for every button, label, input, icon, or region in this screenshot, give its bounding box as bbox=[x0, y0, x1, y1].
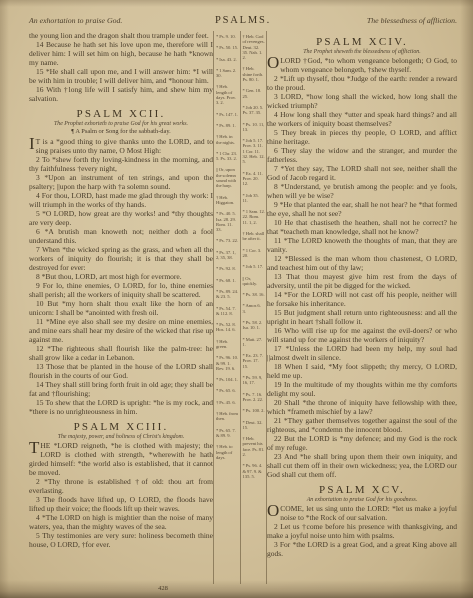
verse: 3 LORD, *how long shall the wicked, how … bbox=[267, 92, 457, 110]
verse: 16 With †long life will I satisfy him, a… bbox=[29, 85, 213, 103]
verse: 12 *The righteous shall flourish like th… bbox=[29, 344, 213, 362]
verse: 8 *Understand, ye brutish among the peop… bbox=[267, 182, 457, 200]
verse-text: COME, let us sing unto the LORD: *let us… bbox=[280, 504, 457, 522]
margin-note: * Ps. 52. 8. Hos. 14. 6. bbox=[216, 322, 239, 333]
margin-note: † Heb. prevent his face. Ps. 81. 2. bbox=[243, 436, 266, 457]
verse: 10 He that chastiseth the heathen, shall… bbox=[267, 218, 457, 236]
verse: 10 But *my horn shalt thou exalt like th… bbox=[29, 299, 213, 317]
verse: 6 They slay the widow and the stranger, … bbox=[267, 146, 457, 164]
verse: 2 *Thy throne is established †of old: th… bbox=[29, 477, 213, 495]
left-column: the young lion and the dragon shalt thou… bbox=[29, 31, 213, 584]
margin-note: * Ps. 92. 8. bbox=[216, 266, 239, 271]
verse: 17 *Unless the LORD had been my help, my… bbox=[267, 344, 457, 362]
verse: 21 *They gather themselves together agai… bbox=[267, 416, 457, 434]
margin-note: * Ps. 58. 2. Isa. 10. 1. bbox=[243, 320, 266, 331]
margin-note: * Ps. 7. 16. Prov. 2. 22. bbox=[243, 392, 266, 403]
psalm-subtitle: The Prophet sheweth the blessedness of a… bbox=[267, 49, 457, 55]
verse: 3 *Upon an instrument of ten strings, an… bbox=[29, 173, 213, 191]
verse: 9 For lo, thine enemies, O LORD, for lo,… bbox=[29, 281, 213, 299]
margin-note: * Ps. 59. 9, 16, 17. bbox=[243, 375, 266, 386]
verse: 3 The floods have lifted up, O LORD, the… bbox=[29, 495, 213, 513]
verse: 5 They break in pieces thy people, O LOR… bbox=[267, 128, 457, 146]
verse-text: T is a *good thing to give thanks unto t… bbox=[36, 137, 213, 155]
margin-note: * Ps. 96. 10. & 99. 1. Rev. 19. 6. bbox=[216, 355, 239, 371]
verse: 14 Because he hath set his love upon me,… bbox=[29, 40, 213, 67]
margin-note: † Heb. Higgaion. bbox=[216, 195, 239, 206]
margin-note: * Ps. 68. 1. bbox=[216, 278, 239, 283]
psalm-subtitle: The majesty, power, and holiness of Chri… bbox=[29, 434, 213, 440]
margin-note: † Ps. 45. 6. bbox=[216, 400, 239, 405]
margin-notes-right: † Heb. God of revenges. Deut. 32. 35. Na… bbox=[240, 31, 267, 584]
verse: 13 Those that be planted in the house of… bbox=[29, 362, 213, 380]
drop-cap: I bbox=[29, 137, 36, 152]
margin-note: * Amos 6. 3. bbox=[243, 303, 266, 314]
psalm-heading: PSALM XCIV. bbox=[267, 36, 457, 48]
verse: 23 And *he shall bring upon them their o… bbox=[267, 452, 457, 479]
margin-note: * Ps. 65. 7. & 89. 9. bbox=[216, 428, 239, 439]
margin-note: † Heb. shall be after it. bbox=[243, 231, 266, 242]
verse: 15 To shew that the LORD is upright: *he… bbox=[29, 398, 213, 416]
margin-note: || Or, upon the solemn sound with the ha… bbox=[216, 167, 239, 188]
margin-notes-gutter: * Ps. 9. 10.* Ps. 50. 15.* Isa. 43. 2.* … bbox=[213, 31, 267, 584]
margin-note: * Ps. 40. 5. Isa. 28. 29. Rom. 11. 33. bbox=[216, 211, 239, 232]
psalm-heading: PSALM XCIII. bbox=[29, 421, 213, 433]
margin-note: * Job 5. 17. bbox=[243, 264, 266, 269]
margin-note: * Ps. 89. 24. & 23. 5. bbox=[216, 289, 239, 300]
verse: THE *LORD reigneth, *he is clothed with … bbox=[29, 441, 213, 477]
margin-note: * Job 5. 17. Prov. 3. 11. 1 Cor. 11. 32.… bbox=[243, 138, 266, 164]
margin-note: * Ps. 37. 1, 2, 35, 38. bbox=[216, 250, 239, 261]
margin-note: * Ps. 147. 1. bbox=[216, 112, 239, 117]
verse-text: HE *LORD reigneth, *he is clothed with m… bbox=[29, 441, 213, 477]
drop-cap: T bbox=[29, 441, 40, 456]
verse: 11 *Mine eye also shall see my desire on… bbox=[29, 317, 213, 344]
verse: 3 For *the LORD is a great God, and a gr… bbox=[267, 540, 457, 558]
psalm-heading: PSALM XCII. bbox=[29, 108, 213, 120]
margin-note: * Ps. 73. 22. bbox=[216, 238, 239, 243]
margin-note: * Gen. 18. 25. bbox=[243, 88, 266, 99]
psalm-rubric: ¶ A Psalm or Song for the sabbath-day. bbox=[29, 128, 213, 135]
verse: 7 *Yet they say, The LORD shall not see,… bbox=[267, 164, 457, 182]
drop-cap: O bbox=[267, 504, 280, 519]
margin-note: * Ps. 50. 15. bbox=[216, 45, 239, 50]
running-head-left: An exhortation to praise God. bbox=[29, 16, 172, 25]
margin-note: * Ps. 104. 1. bbox=[216, 377, 239, 382]
margin-notes-left: * Ps. 9. 10.* Ps. 50. 15.* Isa. 43. 2.* … bbox=[213, 31, 240, 584]
verse: 22 But the LORD is *my defence; and my G… bbox=[267, 434, 457, 452]
psalm-subtitle: An exhortation to praise God for his goo… bbox=[267, 497, 457, 503]
margin-note: † Heb. length of days. Prov. 3. 2. bbox=[216, 84, 239, 105]
margin-note: * 1 Cor. 3. 20. bbox=[243, 248, 266, 259]
book-title: PSALMS. bbox=[172, 15, 315, 26]
verse: 5 Thy testimonies are very sure: holines… bbox=[29, 531, 213, 549]
verse: 18 When I said, *My foot slippeth; thy m… bbox=[267, 362, 457, 380]
page-number: 428 bbox=[148, 585, 178, 592]
margin-note: * Isa. 43. 2. bbox=[216, 57, 239, 62]
verse: the young lion and the dragon shalt thou… bbox=[29, 31, 213, 40]
verse: 20 Shall *the throne of iniquity have fe… bbox=[267, 398, 457, 416]
margin-note: † Heb. shine forth. Ps. 80. 1. bbox=[243, 66, 266, 82]
verse: 4 *The LORD on high is mightier than the… bbox=[29, 513, 213, 531]
verse: 15 *He shall call upon me, and I will an… bbox=[29, 67, 213, 85]
text-area: the young lion and the dragon shalt thou… bbox=[29, 31, 457, 584]
margin-note: || Or, quickly. bbox=[243, 276, 266, 287]
margin-note: * Job 35. 11. bbox=[243, 193, 266, 204]
margin-note: * Ps. 89. 1. bbox=[216, 123, 239, 128]
psalm-heading: PSALM XCV. bbox=[267, 484, 457, 496]
verse-text: LORD †God, *to whom vengeance belongeth;… bbox=[280, 56, 457, 74]
verse: 11 *The LORD knoweth the thoughts of man… bbox=[267, 236, 457, 254]
verse: OLORD †God, *to whom vengeance belongeth… bbox=[267, 56, 457, 74]
margin-note: * Ps. 65. 6. bbox=[216, 388, 239, 393]
margin-note: * Ps. 10. 11, 13. bbox=[243, 122, 266, 133]
margin-note: † Heb. in the nights. bbox=[216, 134, 239, 145]
verse: 2 To *shew forth thy loving-kindness in … bbox=[29, 155, 213, 173]
margin-note: * 1 Chr. 23. 5. Ps. 33. 2. bbox=[216, 151, 239, 162]
margin-note: * Job 20. 5. Ps. 37. 35. bbox=[243, 105, 266, 116]
margin-note: * Matt. 27. 1. bbox=[243, 337, 266, 348]
psalm-subtitle: The Prophet exhorteth to praise God for … bbox=[29, 121, 213, 127]
margin-note: * Ex. 23. 7. Prov. 17. 15. bbox=[243, 353, 266, 369]
verse: 14 They shall still bring forth fruit in… bbox=[29, 380, 213, 398]
margin-note: † Heb. God of revenges. Deut. 32. 35. Na… bbox=[243, 34, 266, 60]
margin-note: * Ex. 4. 11. Prov. 20. 12. bbox=[243, 171, 266, 187]
verse: 2 Let us †come before his presence with … bbox=[267, 522, 457, 540]
verse: IT is a *good thing to give thanks unto … bbox=[29, 137, 213, 155]
margin-note: † Heb. to length of days. bbox=[216, 444, 239, 460]
margin-note: * Ps. 100. 2. bbox=[243, 408, 266, 413]
verse: 16 Who will rise up for me against the e… bbox=[267, 326, 457, 344]
running-head-right: The blessedness of affliction. bbox=[314, 16, 457, 25]
right-column: PSALM XCIV.The Prophet sheweth the bless… bbox=[267, 31, 457, 584]
verse: 2 *Lift up thyself, thou *Judge of the e… bbox=[267, 74, 457, 92]
verse: 13 That thou mayest give him rest from t… bbox=[267, 272, 457, 290]
margin-note: * 1 Sam. 12. 22. Rom. 11. 1, 2. bbox=[243, 209, 266, 225]
verse: 12 *Blessed is the man whom thou chasten… bbox=[267, 254, 457, 272]
verse: 4 How long shall they *utter and speak h… bbox=[267, 110, 457, 128]
margin-note: * Deut. 32. 15. bbox=[243, 420, 266, 431]
scanned-bible-page: An exhortation to praise God. PSALMS. Th… bbox=[0, 0, 473, 598]
verse: 8 *But thou, LORD, art most high for eve… bbox=[29, 272, 213, 281]
verse: 19 In the multitude of my thoughts withi… bbox=[267, 380, 457, 398]
verse: 14 *For the LORD will not cast off his p… bbox=[267, 290, 457, 308]
margin-note: * Ps. 9. 10. bbox=[216, 34, 239, 39]
drop-cap: O bbox=[267, 56, 280, 71]
verse: 4 For thou, LORD, hast made me glad thro… bbox=[29, 191, 213, 209]
margin-note: † Heb. green. bbox=[216, 339, 239, 350]
margin-note: * Ps. 38. 16. bbox=[243, 292, 266, 297]
verse: 15 But judgment shall return unto righte… bbox=[267, 308, 457, 326]
verse: 7 When *the wicked spring as the grass, … bbox=[29, 245, 213, 272]
margin-note: * 1 Sam. 2. 30. bbox=[216, 68, 239, 79]
margin-note: * Ps. 54. 7. & 112. 8. bbox=[216, 306, 239, 317]
margin-note: † Heb. from then. bbox=[216, 411, 239, 422]
margin-note: * Ps. 96. 4. & 97. 9. & 135. 5. bbox=[243, 463, 266, 479]
verse: OCOME, let us sing unto the LORD: *let u… bbox=[267, 504, 457, 522]
verse: 5 *O LORD, how great are thy works! and … bbox=[29, 209, 213, 227]
running-header: An exhortation to praise God. PSALMS. Th… bbox=[29, 15, 457, 26]
verse: 6 *A brutish man knoweth not; neither do… bbox=[29, 227, 213, 245]
verse: 9 *He that planted the ear, shall he not… bbox=[267, 200, 457, 218]
